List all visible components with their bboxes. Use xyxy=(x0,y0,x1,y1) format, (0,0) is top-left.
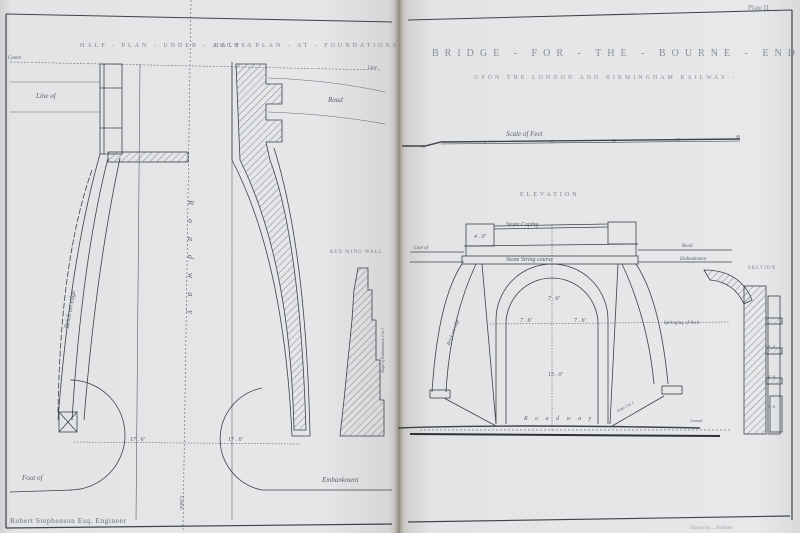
dim-pier-height: 15 . 0' xyxy=(548,372,563,378)
label-road-right: Road xyxy=(328,96,343,104)
section-dim-0: 5 . 0 xyxy=(768,344,775,349)
section-dim-2: 3 . 6 xyxy=(768,404,775,409)
label-slope-of-embankment: Slope of Embankment 2 to 1 xyxy=(380,328,385,373)
dim-half-span-right-elev: 7 . 6' xyxy=(574,318,586,324)
plate-subtitle: UPON THE LONDON AND BIRMINGHAM RAILWAY - xyxy=(474,75,737,81)
label-embankment-elev: Embankment xyxy=(680,257,706,262)
right-plate-border xyxy=(408,10,792,522)
label-ground: Ground xyxy=(690,418,702,423)
scale-tick-5: 40 xyxy=(736,134,740,139)
plate-number: Plate II. xyxy=(748,4,770,12)
scale-tick-3: 20 xyxy=(612,138,616,143)
label-stone-string-course: Stone String course xyxy=(506,257,553,263)
scale-tick-2: 10 xyxy=(549,139,553,144)
heading-section: SECTION xyxy=(748,266,776,271)
label-road-way-elev: R o a d w a y xyxy=(524,416,594,422)
left-plate-border xyxy=(6,14,392,528)
label-springing-of-arch: Springing of Arch xyxy=(664,321,700,326)
half-span-dimension xyxy=(74,442,300,444)
plate-title: BRIDGE - FOR - THE - BOURNE - END - ROAD… xyxy=(432,48,800,59)
scale-bar xyxy=(402,139,740,146)
book-spread: Plate II. BRIDGE - FOR - THE - BOURNE - … xyxy=(0,0,800,533)
scale-tick-0: 10 xyxy=(421,144,425,149)
label-foot-of: Foot of xyxy=(22,474,42,482)
dim-half-span-left-elev: 7 . 6' xyxy=(520,318,532,324)
label-red-wing-wall: RED WING WALL xyxy=(330,250,383,255)
label-road-elev: Road xyxy=(682,244,693,249)
heading-half-plan-foundations: HALF - PLAN - AT - FOUNDATIONS xyxy=(214,43,399,49)
heading-elevation: ELEVATION xyxy=(520,192,580,198)
dim-parapet-height: 4 . 0' xyxy=(474,234,486,240)
label-line-of-road: Line of xyxy=(414,246,428,251)
label-road-way-vertical: R o a d w a y xyxy=(186,200,195,320)
section-dim-1: 4 . 6 xyxy=(768,374,775,379)
label-centre-bottom: Centre xyxy=(178,496,183,509)
label-embankment-bottom: Embankment xyxy=(322,476,359,484)
dim-half-span-left: 17 . 6' xyxy=(130,437,145,443)
label-stone-coping: Stone Coping xyxy=(506,222,539,228)
printer-credit: Drawn by ... Holborn xyxy=(690,526,733,531)
scale-tick-4: 30 xyxy=(676,137,680,142)
elevation-ground xyxy=(398,426,730,436)
dim-rise: 7 . 6' xyxy=(548,296,560,302)
wing-wall-section xyxy=(340,268,384,436)
label-line-of: Line of xyxy=(36,92,56,100)
scale-tick-1: 0 xyxy=(484,140,486,145)
left-abutment-plan xyxy=(10,64,188,492)
section-drawing xyxy=(704,270,782,434)
scale-label: Scale of Feet xyxy=(506,130,543,138)
centre-line-left xyxy=(136,0,232,530)
dim-half-span-right: 17 . 6' xyxy=(228,437,243,443)
engineer-credit: Robert Stephenson Esq. Engineer xyxy=(10,516,126,525)
label-line-right: Line xyxy=(368,66,377,71)
label-centre-top: Centre xyxy=(8,56,21,61)
top-datum-line xyxy=(10,62,385,124)
